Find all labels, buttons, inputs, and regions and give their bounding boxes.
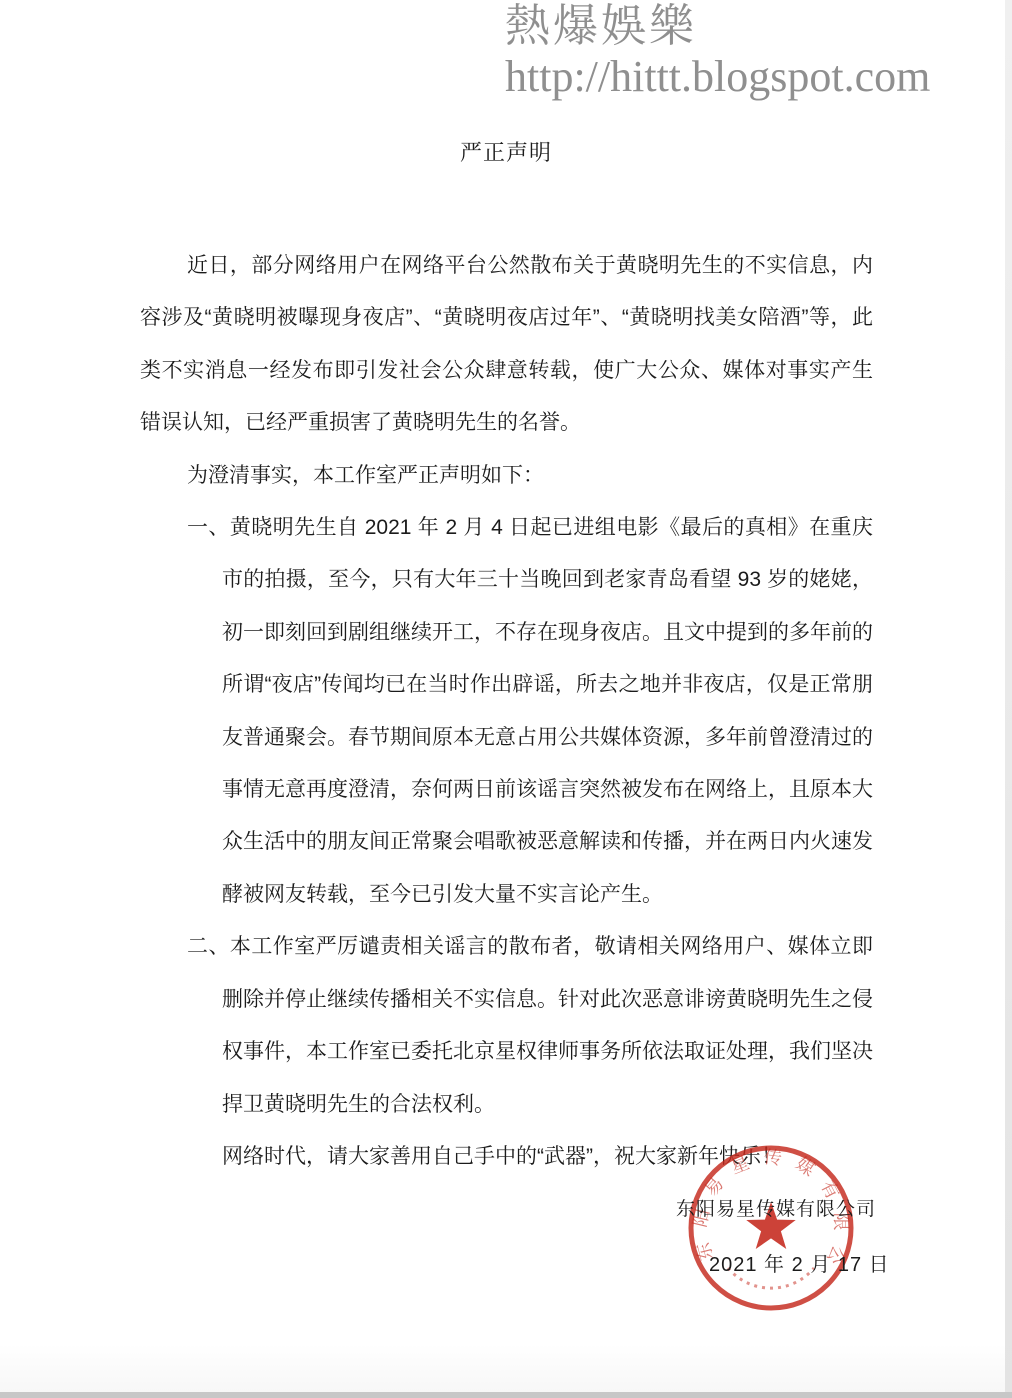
watermark-site-name: 熱爆娛樂 <box>505 4 930 49</box>
item-2-text: 本工作室严厉谴责相关谣言的散布者，敬请相关网络用户、媒体立即删除并停止继续传播相… <box>222 935 873 1115</box>
lead-in-paragraph: 为澄清事实，本工作室严正声明如下： <box>140 450 873 502</box>
item-1-marker: 一、 <box>187 516 230 539</box>
page-title: 严正声明 <box>0 136 1012 167</box>
watermark: 熱爆娛樂 http://hittt.blogspot.com <box>505 0 930 99</box>
signature-company-name: 东阳易星传媒有限公司 <box>676 1194 876 1221</box>
statement-item-2: 二、本工作室严厉谴责相关谣言的散布者，敬请相关网络用户、媒体立即删除并停止继续传… <box>140 921 873 1131</box>
statement-page: { "watermark": { "site_name": "熱爆娛樂", "s… <box>0 0 1012 1398</box>
scan-edge-right <box>1005 0 1012 1398</box>
item-1-text: 黄晓明先生自 2021 年 2 月 4 日起已进组电影《最后的真相》在重庆市的拍… <box>222 516 873 906</box>
document-body: 近日，部分网络用户在网络平台公然散布关于黄晓明先生的不实信息，内容涉及“黄晓明被… <box>140 240 873 1183</box>
page-bottom-fade <box>0 1344 1005 1392</box>
watermark-site-url: http://hittt.blogspot.com <box>505 55 930 99</box>
signature-date: 2021 年 2 月 17 日 <box>709 1248 890 1277</box>
statement-item-1: 一、黄晓明先生自 2021 年 2 月 4 日起已进组电影《最后的真相》在重庆市… <box>140 502 873 921</box>
item-2-marker: 二、 <box>187 935 230 958</box>
scan-edge-bottom <box>0 1392 1012 1398</box>
company-seal-stamp: 东阳易星传媒有限公司 <box>686 1143 856 1313</box>
intro-paragraph: 近日，部分网络用户在网络平台公然散布关于黄晓明先生的不实信息，内容涉及“黄晓明被… <box>140 240 873 450</box>
